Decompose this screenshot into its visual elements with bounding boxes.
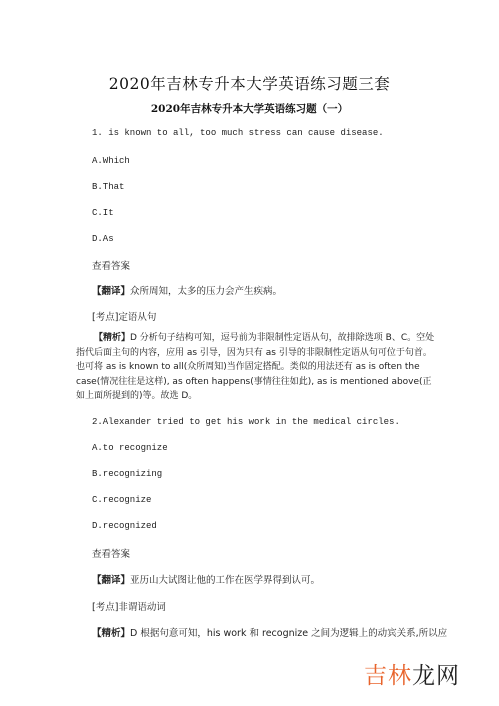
analysis-line: 如上面所提到的)等。故选 D。 xyxy=(76,389,436,404)
analysis-label: 【精析】 xyxy=(92,628,130,639)
translation-text: 众所周知，太多的压力会产生疾病。 xyxy=(130,286,282,297)
question-1-option-d: D.As xyxy=(92,234,114,244)
document-title: 2020年吉林专升本大学英语练习题三套 xyxy=(0,72,499,94)
section-subtitle: 2020年吉林专升本大学英语练习题（一） xyxy=(0,101,499,116)
question-1-translation: 【翻译】众所周知，太多的压力会产生疾病。 xyxy=(92,283,282,297)
question-2-view-answer-link[interactable]: 查看答案 xyxy=(92,546,130,560)
translation-label: 【翻译】 xyxy=(92,575,130,586)
question-2-option-c: C.recognize xyxy=(92,495,151,505)
point-label: [考点] xyxy=(92,312,118,323)
site-watermark-logo: 吉林龙网 xyxy=(364,657,460,690)
question-2-point: [考点]非谓语动词 xyxy=(92,599,166,613)
point-text: 定语从句 xyxy=(118,312,156,323)
watermark-part-dark: 龙网 xyxy=(412,663,460,689)
question-2-analysis: 【精析】D 根据句意可知，his work 和 recognize 之间为逻辑上… xyxy=(92,625,447,639)
analysis-line: 指代后面主句的内容，应用 as 引导，因为只有 as 引导的非限制性定语从句可位… xyxy=(76,346,436,361)
translation-text: 亚历山大试图让他的工作在医学界得到认可。 xyxy=(130,575,320,586)
question-1-point: [考点]定语从句 xyxy=(92,309,156,323)
question-2-translation: 【翻译】亚历山大试图让他的工作在医学界得到认可。 xyxy=(92,572,320,586)
question-1-option-b: B.That xyxy=(92,182,124,192)
question-1-option-a: A.Which xyxy=(92,156,130,166)
analysis-line: D 分析句子结构可知，逗号前为非限制性定语从句，故排除选项 B、C。空处 xyxy=(130,333,434,343)
question-2-option-d: D.recognized xyxy=(92,521,157,531)
question-1-view-answer-link[interactable]: 查看答案 xyxy=(92,258,130,272)
point-text: 非谓语动词 xyxy=(118,602,166,613)
analysis-line: D 根据句意可知，his work 和 recognize 之间为逻辑上的动宾关… xyxy=(130,628,447,639)
analysis-label: 【精析】 xyxy=(94,333,130,343)
watermark-part-orange: 吉林 xyxy=(364,663,412,689)
question-1-stem: 1. is known to all, too much stress can … xyxy=(92,128,384,138)
question-2-stem: 2.Alexander tried to get his work in the… xyxy=(92,417,400,427)
translation-label: 【翻译】 xyxy=(92,286,130,297)
analysis-line: 也可将 as is known to all(众所周知)当作固定搭配。类似的用法… xyxy=(76,360,436,375)
question-1-option-c: C.It xyxy=(92,208,114,218)
question-2-option-b: B.recognizing xyxy=(92,469,162,479)
question-2-option-a: A.to recognize xyxy=(92,443,168,453)
question-1-analysis: 【精析】D 分析句子结构可知，逗号前为非限制性定语从句，故排除选项 B、C。空处… xyxy=(76,331,436,404)
analysis-line: case(情况往往是这样), as often happens(事情往往如此),… xyxy=(76,375,436,390)
point-label: [考点] xyxy=(92,602,118,613)
